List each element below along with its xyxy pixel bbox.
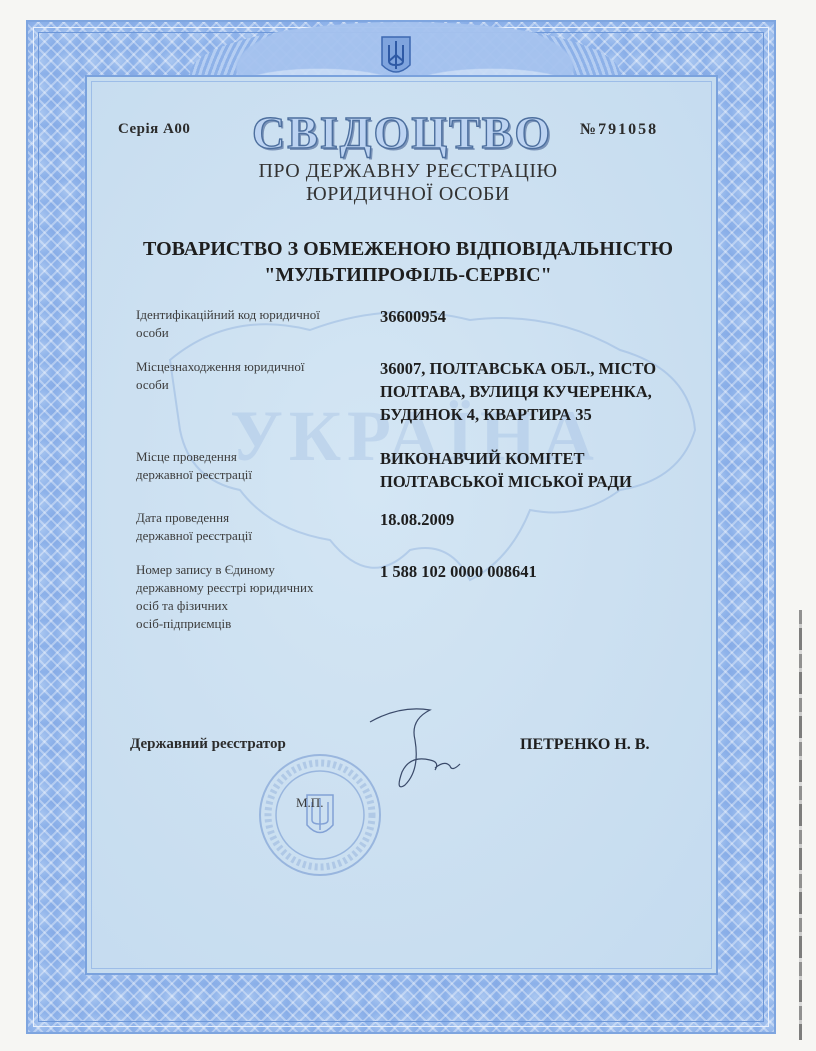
field-value-line: ПОЛТАВСЬКОЇ МІСЬКОЇ РАДИ <box>380 470 710 493</box>
field-label-line: Номер запису в Єдиному <box>136 561 366 579</box>
field-label: Дата проведеннядержавної реєстрації <box>136 509 366 545</box>
field-label-line: Ідентифікаційний код юридичної <box>136 306 366 324</box>
field-label-line: державної реєстрації <box>136 466 366 484</box>
field-value-line: 18.08.2009 <box>380 508 710 531</box>
coat-of-arms-trident-icon <box>380 35 412 79</box>
field-label: Ідентифікаційний код юридичноїособи <box>136 306 366 342</box>
certificate-series: Серія А00 <box>118 121 190 138</box>
organization-type: ТОВАРИСТВО З ОБМЕЖЕНОЮ ВІДПОВІДАЛЬНІСТЮ <box>0 238 816 261</box>
field-label-line: Місце проведення <box>136 448 366 466</box>
field-value: 36600954 <box>380 305 710 328</box>
field-value-line: 1 588 102 0000 008641 <box>380 560 710 583</box>
certificate-title: СВІДОЦТВО <box>252 106 552 159</box>
field-label-line: осіб-підприємців <box>136 615 366 633</box>
certificate-number: №791058 <box>580 121 658 139</box>
field-label: Місце проведеннядержавної реєстрації <box>136 448 366 484</box>
field-label-line: Місцезнаходження юридичної <box>136 358 366 376</box>
field-value-line: БУДИНОК 4, КВАРТИРА 35 <box>380 403 710 426</box>
field-label-line: особи <box>136 376 366 394</box>
field-value: 1 588 102 0000 008641 <box>380 560 710 583</box>
field-value-line: 36007, ПОЛТАВСЬКА ОБЛ., МІСТО <box>380 357 710 380</box>
field-label: Номер запису в Єдиномудержавному реєстрі… <box>136 561 366 633</box>
organization-name: "МУЛЬТИПРОФІЛЬ-СЕРВІС" <box>0 264 816 287</box>
field-value: 36007, ПОЛТАВСЬКА ОБЛ., МІСТОПОЛТАВА, ВУ… <box>380 357 710 426</box>
scanned-paper-edge <box>799 610 802 1040</box>
field-label-line: Дата проведення <box>136 509 366 527</box>
field-label: Місцезнаходження юридичноїособи <box>136 358 366 394</box>
field-value-line: ВИКОНАВЧИЙ КОМІТЕТ <box>380 447 710 470</box>
stamp-place-label: М.П. <box>296 795 323 811</box>
field-value: ВИКОНАВЧИЙ КОМІТЕТПОЛТАВСЬКОЇ МІСЬКОЇ РА… <box>380 447 710 493</box>
field-label-line: державному реєстрі юридичних <box>136 579 366 597</box>
field-value-line: ПОЛТАВА, ВУЛИЦЯ КУЧЕРЕНКА, <box>380 380 710 403</box>
registrar-signature <box>340 700 480 800</box>
field-label-line: державної реєстрації <box>136 527 366 545</box>
certificate-subtitle-line2: ЮРИДИЧНОЇ ОСОБИ <box>0 183 816 206</box>
field-label-line: осіб та фізичних <box>136 597 366 615</box>
certificate-subtitle-line1: ПРО ДЕРЖАВНУ РЕЄСТРАЦІЮ <box>0 160 816 183</box>
registrar-name: ПЕТРЕНКО Н. В. <box>520 736 649 754</box>
field-value-line: 36600954 <box>380 305 710 328</box>
field-label-line: особи <box>136 324 366 342</box>
field-value: 18.08.2009 <box>380 508 710 531</box>
